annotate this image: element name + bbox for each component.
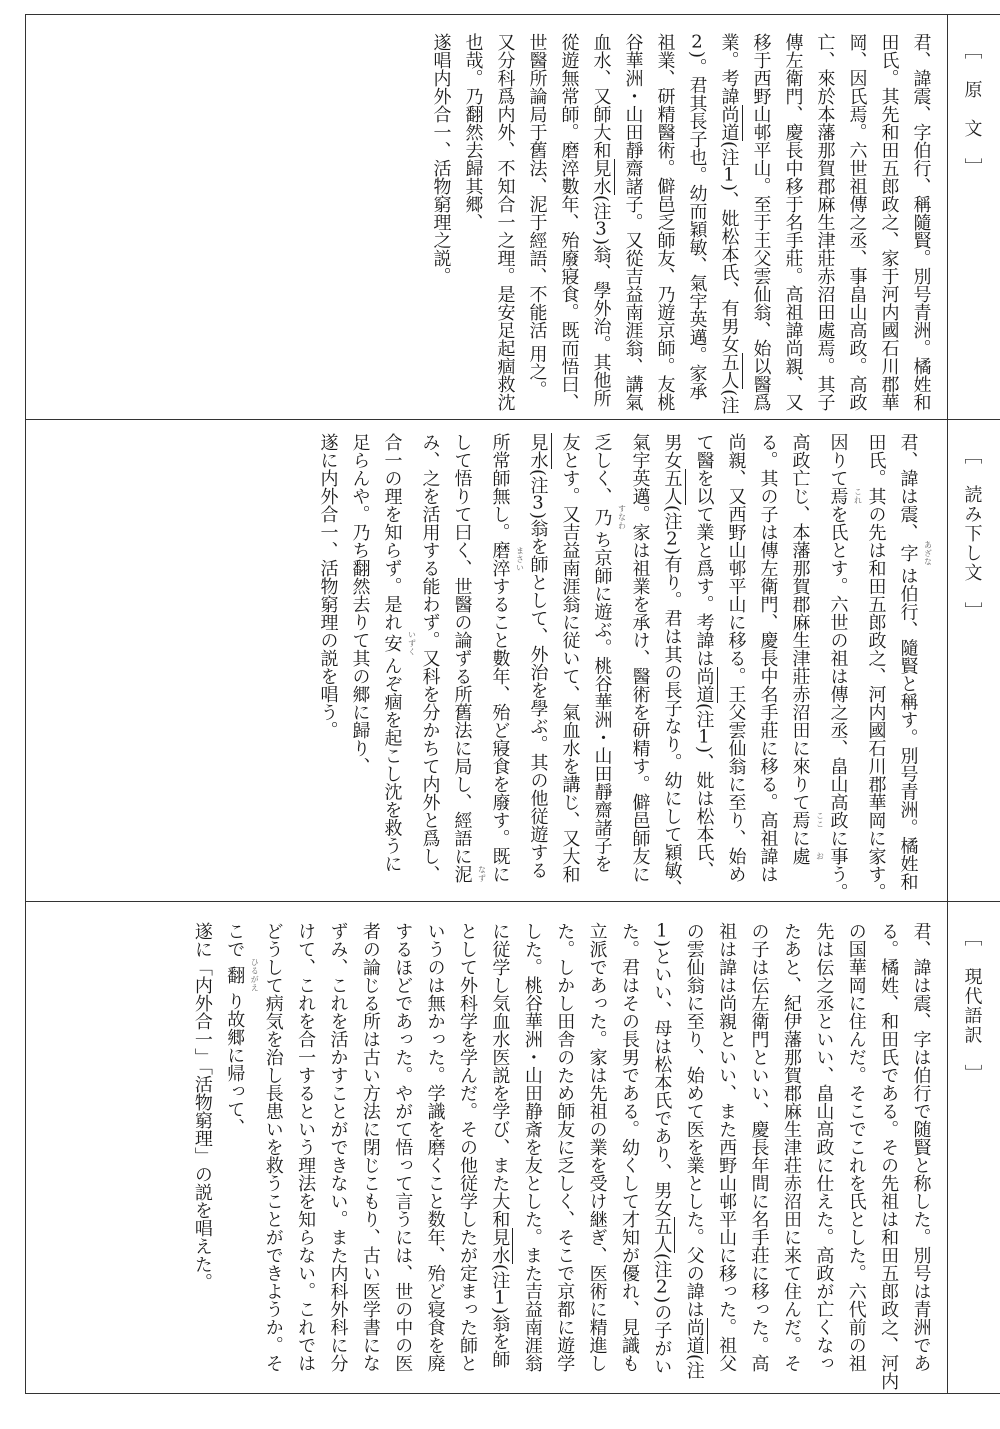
text-column: 尚親、又西野山邨平山に移る。王父雲仙翁に至り、始め — [720, 433, 752, 895]
text-column: る。其の子は傳左衛門、慶長中名手莊に移る。高祖諱は — [752, 433, 784, 895]
text-column: した。桃谷華洲・山田静斎を友とした。また吉益南涯翁 — [515, 922, 547, 1390]
text-column: 岡、因氏焉。六世祖傳之丞、事畠山高政。高政 — [841, 33, 873, 417]
ruby-base: 翻ひるがえ — [224, 966, 245, 984]
text-column: 立派であった。家は先祖の業を受け継ぎ、医術に精進し — [580, 922, 612, 1390]
text-column: 移于西野山邨平山。至于王父雲仙翁、始以醫爲 — [745, 33, 777, 417]
ruby-reading: あざな — [924, 541, 932, 567]
sidelined-term: 尚道 — [684, 1318, 708, 1354]
ruby-reading: ひるがえ — [250, 958, 258, 992]
text-column: 傳左衛門、慶長中移于名手莊。高祖諱尚親、又 — [777, 33, 809, 417]
text-column: いうのは無かった。学識を磨くこと数年、殆ど寝食を廃 — [418, 922, 450, 1390]
ruby-base: 焉ここ — [790, 811, 811, 829]
text-column: 合一の理を知らず。是れ安いずくんぞ痼を起こし沈を救うに — [376, 433, 414, 895]
text-column: 也哉。乃翻然去歸其郷、 — [457, 33, 489, 417]
sidelined-term: 見水 — [528, 433, 552, 469]
text-column: 祖業、研精醫術。僻邑乏師友、乃遊京師。友桃 — [649, 33, 681, 417]
text-column: として外科学を学んだ。その他従学したが定まった師と — [451, 922, 483, 1390]
note-number: 2 — [651, 1278, 672, 1296]
text-column: 從遊無常師。磨淬數年、殆廢寢食。既而悟曰、 — [553, 33, 585, 417]
text-column: たあと、紀伊藩那賀郡麻生津荘赤沼田に来て住んだ。そ — [775, 922, 807, 1390]
sidelined-term: 尚道 — [719, 105, 743, 141]
sidelined-term: 五人 — [662, 469, 686, 505]
text-column: 遂に「内外合一」「活物窮理」の説を唱えた。 — [186, 922, 218, 1390]
text-column: 友とす。又吉益南涯翁に従いて、氣血水を講じ、又大和 — [554, 433, 586, 895]
ruby-reading: いずく — [408, 631, 416, 657]
section-label-cell: ［ 読み下し文 ］ — [947, 420, 1000, 901]
note-number: 2 — [662, 530, 683, 548]
text-column: 君、諱は震、字あざなは伯行、隨賢と稱す。別号青洲。橘姓和 — [892, 433, 930, 895]
text-column: の子は伝左衛門といい、慶長年間に名手荘に移った。高 — [742, 922, 774, 1390]
text-column: 見水(注3)翁を師として、外治を學ぶ。其の他従遊する — [522, 433, 554, 895]
ruby-reading: これ — [854, 487, 862, 504]
note-number: 1 — [719, 166, 740, 184]
text-column: た。君はその長男である。幼くして才知が優れ、見識も — [613, 922, 645, 1390]
ruby-base: 磨淬まさい — [490, 541, 511, 577]
text-column: 亡、來於本藩那賀郡麻生津莊赤沼田處焉。其子 — [809, 33, 841, 417]
text-column: して悟りて曰く、世醫の論ずる所舊法に局し、經語に泥なず — [446, 433, 484, 895]
text-column: どうして病気を治し長患いを救うことができようか。そ — [256, 922, 288, 1390]
sidelined-term: 五人 — [651, 1217, 675, 1253]
text-column: の雲仙翁に至り、始めて医を業とした。父の諱は尚道(注 — [677, 922, 709, 1390]
text-column: 氣宇英邁。家は祖業を承け、醫術を研精す。僻邑師友に — [624, 433, 656, 895]
text-column: 又分科爲内外、不知合一之理。是安足起痼救沈 — [489, 33, 521, 417]
text-column: た。しかし田舎のため師友に乏しく、そこで京都に遊学 — [548, 922, 580, 1390]
text-column: 田氏。其の先は和田五郎政之、河内國石川郡華岡に家す。 — [860, 433, 892, 895]
original-text-body: 君、諱震、字伯行、稱隨賢。別号青洲。橘姓和田氏。其先和田五郎政之、家于河内國石川… — [425, 33, 937, 417]
ruby-reading: お — [816, 851, 824, 860]
note-number: 3 — [528, 494, 549, 512]
text-column: するほどであった。やがて悟って言うには、世の中の医 — [386, 922, 418, 1390]
sidelined-term: 見水 — [591, 159, 615, 195]
text-column: 遂に内外合一、活物窮理の説を唱う。 — [312, 433, 344, 895]
text-column: 血水、又師大和見水(注3)翁、學外治。其他所 — [585, 33, 617, 417]
text-column: 業。考諱尚道(注1)、妣松本氏、有男女五人(注 — [713, 33, 745, 417]
note-number: 1 — [489, 1289, 510, 1307]
text-column: 谷華洲・山田靜齋諸子。又從吉益南涯翁、講氣 — [617, 33, 649, 417]
text-column: 因りて焉これを氏とす。六世の祖は傳之丞、畠山高政に事う。 — [822, 433, 860, 895]
text-column: 乏しく、乃すなわち京師に遊ぶ。桃谷華洲・山田靜齋諸子を — [586, 433, 624, 895]
ruby-reading: ここ — [816, 811, 824, 828]
section-label-cell: ［ 原 文 ］ — [947, 15, 1000, 419]
section-label-cell: ［ 現代語訳 ］ — [947, 902, 1000, 1393]
note-number: 1 — [651, 922, 672, 940]
text-column: 祖は諱は尚親といい、また西野山邨平山に移った。祖父 — [710, 922, 742, 1390]
text-column: の国華岡に住んだ。そこでこれを氏とした。六代前の祖 — [839, 922, 871, 1390]
text-column: 遂唱内外合一、活物窮理之説。 — [425, 33, 457, 417]
note-number: 3 — [591, 220, 612, 238]
text-column: 田氏。其先和田五郎政之、家于河内國石川郡華 — [873, 33, 905, 417]
text-column: 者の論じる所は古い方法に閉じこもり、古い医学書にな — [353, 922, 385, 1390]
note-number: 1 — [694, 728, 715, 746]
text-column: 君、諱震、字伯行、稱隨賢。別号青洲。橘姓和 — [905, 33, 937, 417]
text-column: 男女五人(注2)有り。君は其の長子なり。幼にして穎敏、 — [656, 433, 688, 895]
text-column: ずみ、これを活かすことができない。また内科外科に分 — [321, 922, 353, 1390]
text-column: 先は伝之丞といい、畠山高政に仕えた。高政が亡くなっ — [807, 922, 839, 1390]
ruby-base: 泥なず — [452, 865, 473, 883]
text-column: に従学し気血水医説を学び、また大和見水(注1)翁を師 — [483, 922, 515, 1390]
section-label-modern: ［ 現代語訳 ］ — [948, 928, 997, 1084]
ruby-base: 安いずく — [382, 634, 403, 652]
ruby-base: 處お — [790, 847, 811, 865]
text-column: 世醫所論局于舊法、泥于經語、不能活 用之。 — [521, 33, 553, 417]
ruby-base: 乃すなわ — [592, 508, 613, 526]
sidelined-term: 尚道 — [694, 667, 718, 703]
sidelined-term: 五人 — [719, 353, 743, 389]
sidelined-term: 見水 — [489, 1228, 513, 1264]
ruby-reading: まさい — [516, 546, 524, 572]
text-column: 2)。君其長子也。幼而穎敏、氣宇英邁。家承 — [681, 33, 713, 417]
section-label-kundoku: ［ 読み下し文 ］ — [948, 446, 997, 622]
text-column: 高政亡じ、本藩那賀郡麻生津莊赤沼田に來りて焉ここに處お — [784, 433, 822, 895]
kundoku-text-body: 君、諱は震、字あざなは伯行、隨賢と稱す。別号青洲。橘姓和田氏。其の先は和田五郎政… — [312, 433, 930, 895]
text-column: 所常師無し。磨淬まさいすること數年、殆ど寢食を廢す。既に — [484, 433, 522, 895]
ruby-reading: なず — [478, 865, 486, 882]
text-column: けて、これを合一するという理法を知らない。これでは — [289, 922, 321, 1390]
section-kundoku-reading: 君、諱は震、字あざなは伯行、隨賢と稱す。別号青洲。橘姓和田氏。其の先は和田五郎政… — [25, 419, 1000, 901]
section-original-text: 君、諱震、字伯行、稱隨賢。別号青洲。橘姓和田氏。其先和田五郎政之、家于河内國石川… — [25, 14, 1000, 419]
text-column: こで翻ひるがえり故郷に帰って、 — [218, 922, 256, 1390]
ruby-base: 字あざな — [898, 544, 919, 562]
section-modern-translation: 君、諱は震、字は伯行で随賢と称した。別号は青洲である。橘姓、和田氏である。その先… — [25, 901, 1000, 1394]
note-number: 2 — [687, 33, 708, 51]
text-column: 1)といい、母は松本氏であり、男女五人(注2)の子がい — [645, 922, 677, 1390]
ruby-reading: すなわ — [618, 505, 626, 531]
section-label-original: ［ 原 文 ］ — [948, 41, 997, 178]
text-column: 君、諱は震、字は伯行で随賢と称した。別号は青洲であ — [904, 922, 936, 1390]
modern-translation-body: 君、諱は震、字は伯行で随賢と称した。別号は青洲である。橘姓、和田氏である。その先… — [186, 922, 937, 1390]
text-column: て醫を以て業と爲す。考諱は尚道(注1)、妣は松本氏、 — [688, 433, 720, 895]
text-column: 足らんや。乃ち翻然去りて其の郷に歸り、 — [344, 433, 376, 895]
ruby-base: 焉これ — [828, 487, 849, 505]
text-column: る。橘姓、和田氏である。その先祖は和田五郎政之、河内 — [872, 922, 904, 1390]
text-column: み、之を活用する能わず。又科を分かちて内外と爲し、 — [414, 433, 446, 895]
